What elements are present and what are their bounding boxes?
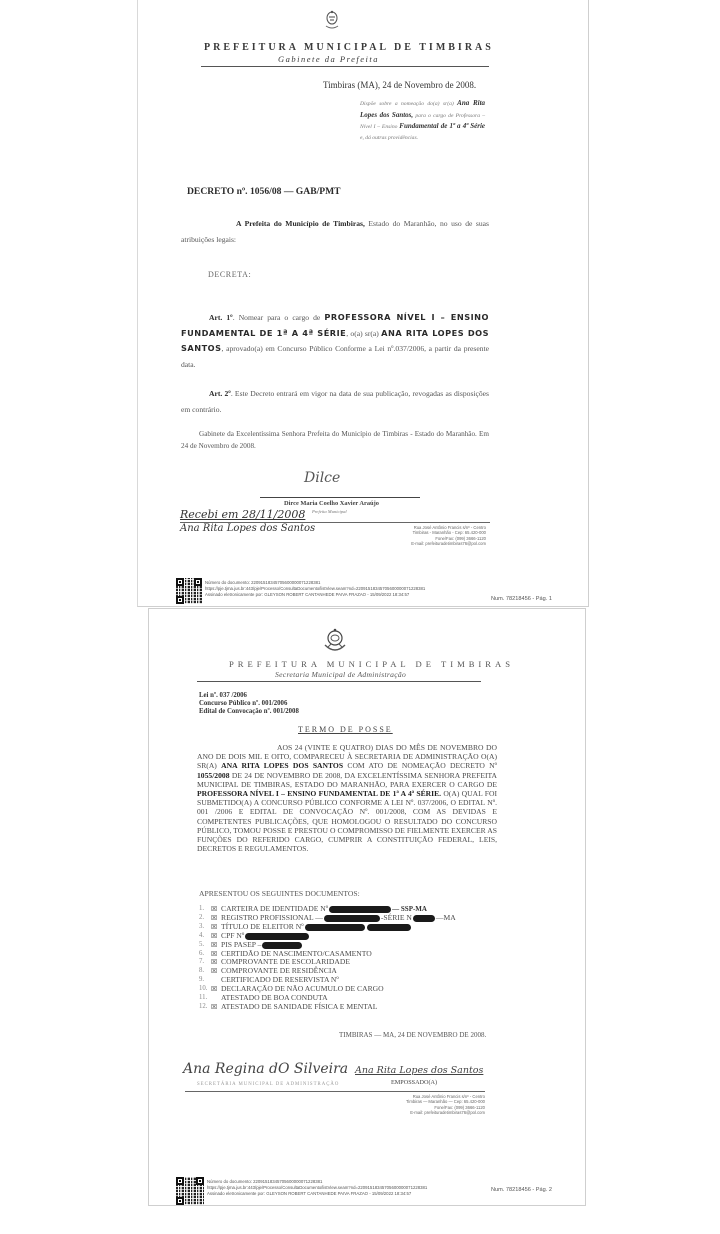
redaction-bar — [367, 924, 411, 931]
item-number: 4. — [199, 932, 211, 941]
checked-box-icon: ☒ — [211, 958, 221, 967]
body-name: ANA RITA LOPES DOS SANTOS — [221, 761, 343, 770]
article-text: , o(a) sr(a) — [346, 329, 379, 338]
documents-heading: APRESENTOU OS SEGUINTES DOCUMENTOS: — [199, 889, 360, 898]
documents-list: 1.☒CARTEIRA DE IDENTIDADE Nº— SSP-MA2.☒R… — [199, 905, 456, 1012]
checked-box-icon: ☒ — [211, 1003, 221, 1012]
redaction-bar — [324, 915, 380, 922]
prefeita-signature: Dilce — [304, 470, 340, 486]
item-number: 7. — [199, 958, 211, 967]
reference-contest: Concurso Público nº. 001/2006 — [199, 700, 299, 708]
item-number: 2. — [199, 914, 211, 923]
municipality-title: PREFEITURA MUNICIPAL DE TIMBIRAS — [229, 659, 514, 669]
article-1-label: Art. 1º — [209, 313, 233, 322]
document-page-1: PREFEITURA MUNICIPAL DE TIMBIRAS Gabinet… — [137, 0, 589, 607]
checked-box-icon: ☒ — [211, 923, 221, 932]
signer-name: Dirce Maria Coelho Xavier Araújo — [284, 500, 379, 507]
office-subtitle: Gabinete da Prefeita — [278, 54, 379, 64]
signature-line — [260, 497, 420, 498]
checked-box-icon: ☒ — [211, 985, 221, 994]
article-2: Art. 2º. Este Decreto entrará em vigor n… — [181, 386, 489, 417]
signer-role: Prefeita Municipal — [312, 509, 347, 514]
decree-title: DECRETO nº. 1056/08 — GAB/PMT — [187, 186, 341, 197]
article-1: Art. 1º. Nomear para o cargo de PROFESSO… — [181, 310, 489, 372]
body-decree: 1055/2008 — [197, 771, 230, 780]
address-block: Rua José Antônio Francis s/nº - Centro T… — [365, 1094, 485, 1116]
item-number: 10. — [199, 985, 211, 994]
termo-body: AOS 24 (VINTE E QUATRO) DIAS DO MÊS DE N… — [197, 743, 497, 853]
secretary-signature: Ana Regina dO Silveira — [183, 1061, 348, 1077]
body-text: COM ATO DE NOMEAÇÃO DECRETO Nº — [347, 761, 497, 770]
redaction-bar — [413, 915, 435, 922]
legal-references: Lei nº. 037 /2006 Concurso Público nº. 0… — [199, 692, 299, 716]
signed-by: Assinado eletronicamente por: GLEYSON RO… — [205, 592, 425, 598]
item-number: 12. — [199, 1003, 211, 1012]
redaction-bar — [329, 906, 391, 913]
article-text: . Nomear para o cargo de — [233, 313, 321, 322]
footer-rule — [185, 1091, 485, 1092]
place-date: TIMBIRAS — MA, 24 DE NOVEMBRO DE 2008. — [339, 1031, 486, 1039]
checked-box-icon: ☒ — [211, 950, 221, 959]
article-2-label: Art. 2º — [209, 389, 231, 398]
qr-code — [176, 578, 202, 604]
department-subtitle: Secretaria Municipal de Administração — [275, 670, 406, 679]
municipal-crest-icon — [321, 8, 343, 32]
body-text: O(A) QUAL FOI SUBMETIDO(A) A CONCURSO PÚ… — [197, 789, 497, 853]
decree-summary: Dispõe sobre a nomeação do(a) sr(a) Ana … — [360, 98, 485, 143]
page-number: Num. 78218456 - Pág. 1 — [491, 596, 552, 602]
item-number: 9. — [199, 976, 211, 985]
summary-text: Dispõe sobre a nomeação do(a) sr(a) — [360, 101, 454, 107]
document-title: TERMO DE POSSE — [298, 725, 393, 734]
article-text: , aprovado(a) em Concurso Público Confor… — [181, 344, 489, 369]
secretary-label: SECRETÁRIA MUNICIPAL DE ADMINISTRAÇÃO — [197, 1082, 339, 1087]
item-number: 5. — [199, 941, 211, 950]
summary-text: e, dá outras providências. — [360, 135, 418, 141]
municipality-title: PREFEITURA MUNICIPAL DE TIMBIRAS — [204, 42, 494, 53]
item-number: 11. — [199, 994, 211, 1003]
address-line: E-mail: prefeituradetimbiras76@pol.com — [365, 1110, 485, 1115]
redaction-bar — [245, 933, 309, 940]
signed-by: Assinado eletronicamente por: GLEYSON RO… — [207, 1191, 427, 1197]
preamble-bold: A Prefeita do Município de Timbiras, — [236, 219, 365, 228]
checked-box-icon: ☒ — [211, 905, 221, 914]
address-line: E-mail: prefeituradetimbiras76@pol.com — [366, 541, 486, 546]
empossado-label: EMPOSSADO(A) — [391, 1079, 437, 1086]
body-cargo: PROFESSORA NÍVEL I – ENSINO FUNDAMENTAL … — [197, 789, 441, 798]
document-page-2: PREFEITURA MUNICIPAL DE TIMBIRAS Secreta… — [148, 608, 586, 1206]
reference-law: Lei nº. 037 /2006 — [199, 692, 299, 700]
preamble: A Prefeita do Município de Timbiras, Est… — [181, 216, 489, 247]
footer-rule — [180, 522, 490, 523]
checked-box-icon: ☒ — [211, 967, 221, 976]
pje-footer: Número do documento: 2209151834570560000… — [207, 1179, 427, 1197]
item-suffix: -SÉRIE N — [381, 914, 412, 923]
item-number: 6. — [199, 950, 211, 959]
reference-edital: Edital de Convocação nº. 001/2008 — [199, 708, 299, 716]
receipt-handwriting: Recebi em 28/11/2008 — [180, 508, 305, 521]
address-block: Rua José Antônio Francis s/nº - Centro T… — [366, 525, 486, 547]
pje-footer: Número do documento: 2209151834570560000… — [205, 580, 425, 598]
closing-paragraph: Gabinete da Excelentíssima Senhora Prefe… — [181, 428, 489, 452]
qr-code — [176, 1177, 204, 1205]
redaction-bar — [305, 924, 365, 931]
decreta-label: DECRETA: — [208, 270, 251, 279]
checked-box-icon: ☒ — [211, 914, 221, 923]
checked-box-icon: ☒ — [211, 932, 221, 941]
document-checklist-item: 12.☒ATESTADO DE SANIDADE FÍSICA E MENTAL — [199, 1003, 456, 1012]
page-number: Num. 78218456 - Pág. 2 — [491, 1187, 552, 1193]
summary-cargo: Fundamental de 1ª a 4ª Série — [399, 122, 485, 130]
document-date: Timbiras (MA), 24 de Novembro de 2008. — [323, 80, 476, 90]
item-number: 8. — [199, 967, 211, 976]
redaction-bar — [262, 942, 302, 949]
header-rule — [197, 681, 481, 682]
item-label: ATESTADO DE SANIDADE FÍSICA E MENTAL — [221, 1003, 377, 1012]
receipt-signature: Ana Rita Lopes dos Santos — [180, 523, 315, 534]
empossado-signature: Ana Rita Lopes dos Santos — [355, 1065, 483, 1076]
item-number: 3. — [199, 923, 211, 932]
body-text: DE 24 DE NOVEMBRO DE 2008, DA EXCELENTÍS… — [197, 771, 497, 789]
municipal-crest-icon — [322, 627, 348, 655]
item-number: 1. — [199, 905, 211, 914]
item-suffix: —MA — [436, 914, 456, 923]
checked-box-icon: ☒ — [211, 941, 221, 950]
header-rule — [201, 66, 489, 67]
